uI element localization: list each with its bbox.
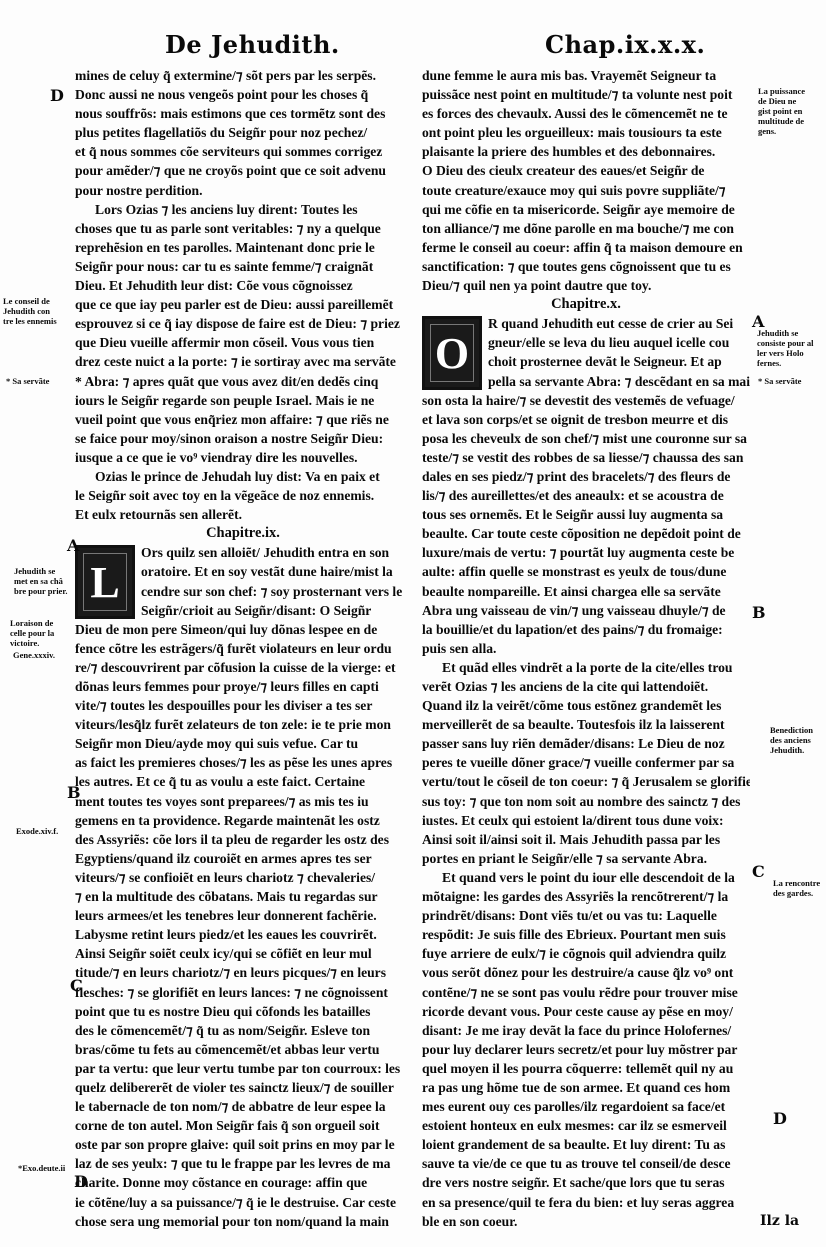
text-line: ra pas ung hõme tue de son armee. Et qua… xyxy=(422,1078,750,1097)
catchword: Ilz la xyxy=(760,1213,799,1229)
text-line: toute creature/exauce moy qui suis povre… xyxy=(422,181,750,200)
text-line: Seigñr mon Dieu/ayde moy qui suis vefue.… xyxy=(75,734,411,753)
text-line: des le cõmencemẽt/⁊ q̃ tu as nom/Seigñr.… xyxy=(75,1021,411,1040)
text-line: gneur/elle se leva du lieu auquel icelle… xyxy=(488,333,750,352)
text-line: mes eurent ouy ces parolles/ilz regardoi… xyxy=(422,1097,750,1116)
text-line: ont point pleu les orgueilleux: mais tou… xyxy=(422,123,750,142)
text-line: sus toy: ⁊ que ton nom soit au nombre de… xyxy=(422,792,750,811)
text-line: flesches: ⁊ se glorifiẽt en leurs lances… xyxy=(75,983,411,1002)
running-header-left: De Jehudith. xyxy=(165,30,340,59)
chapter-heading: Chapitre.x. xyxy=(422,295,750,314)
text-line: plus petites flagellatiõs du Seigñr pour… xyxy=(75,123,411,142)
text-line: dune femme le aura mis bas. Vrayemẽt Sei… xyxy=(422,66,750,85)
text-line: ble en son coeur. xyxy=(422,1212,750,1231)
text-line: par ta vertu: que leur vertu tumbe par t… xyxy=(75,1059,411,1078)
text-line: laz de ses yeulx: ⁊ que tu le frappe par… xyxy=(75,1154,411,1173)
running-header-right: Chap.ix.x.x. xyxy=(545,30,705,59)
margin-note: Exode.xiv.f. xyxy=(16,826,58,836)
text-line: Dieu/⁊ quil nen ya point dautre que toy. xyxy=(422,276,750,295)
text-line: gemens en ta providence. Regarde mainten… xyxy=(75,811,411,830)
section-letter: D xyxy=(50,86,64,105)
text-line: leurs armees/et les tenebres leur donner… xyxy=(75,906,411,925)
margin-note: Gene.xxxiv. xyxy=(13,650,55,660)
text-line: Egyptiens/quand ilz couroiẽt en armes ap… xyxy=(75,849,411,868)
text-line: fence cõtre les estrãgers/q̃ furẽt viola… xyxy=(75,639,411,658)
text-line: viteurs/⁊ se confioiẽt en leurs chariotz… xyxy=(75,868,411,887)
text-line: contẽne/⁊ ne se sont pas voulu rẽdre pou… xyxy=(422,983,750,1002)
text-line: Ors quilz sen alloiẽt/ Jehudith entra en… xyxy=(141,543,411,562)
text-line: es forces des chevaulx. Aussi des le cõm… xyxy=(422,104,750,123)
text-line: Labysme retint leurs piedz/et les eaues … xyxy=(75,925,411,944)
section-letter: B xyxy=(752,603,766,622)
text-line: Donc aussi ne nous vengeõs point pour le… xyxy=(75,85,411,104)
text-line: pour luy declarer leurs secretz/et pour … xyxy=(422,1040,750,1059)
text-line: des Assyriẽs: cõe lors il ta pleu de reg… xyxy=(75,830,411,849)
text-line: mines de celuy q̃ extermine/⁊ sõt pers p… xyxy=(75,66,411,85)
right-text-column: dune femme le aura mis bas. Vrayemẽt Sei… xyxy=(422,66,750,1231)
text-line: iours le Seigñr regarde son peuple Israe… xyxy=(75,391,411,410)
text-line: Ainsi soit il/ainsi soit il. Mais Jehudi… xyxy=(422,830,750,849)
text-line: merveillerẽt de sa beaulte. Toutesfois i… xyxy=(422,715,750,734)
margin-note: Jehudith se met en sa châ bre pour prier… xyxy=(14,566,67,596)
text-line: as faict les premieres choses/⁊ les as p… xyxy=(75,753,411,772)
text-line: les autres. Et ce q̃ tu as voulu a este … xyxy=(75,772,411,791)
text-line: disant: Je me iray devãt la face du prin… xyxy=(422,1021,750,1040)
text-line: puissãce nest point en multitude/⁊ ta vo… xyxy=(422,85,750,104)
text-line: ferme le conseil au coeur: affin q̃ ta m… xyxy=(422,238,750,257)
text-line: et q̃ nous sommes cõe serviteurs qui som… xyxy=(75,142,411,161)
text-line: teste/⁊ se vestit des robbes de sa liess… xyxy=(422,448,750,467)
text-line: peres te vueille dõner grace/⁊ vueille c… xyxy=(422,753,750,772)
text-line: viteurs/lesq̃lz furẽt zelateurs de ton z… xyxy=(75,715,411,734)
text-line: la bouillie/et du lapation/et des pains/… xyxy=(422,620,750,639)
text-line: beaulte. Car toute ceste cõposition ne d… xyxy=(422,524,750,543)
text-line: en sa presence/quil te fera du bien: et … xyxy=(422,1193,750,1212)
text-line: se faice pour moy/sinon oraison a nostre… xyxy=(75,429,411,448)
text-line: que Dieu vueille affermir mon cõseil. Vo… xyxy=(75,333,411,352)
text-line: sauve ta vie/de ce que tu as trouve tel … xyxy=(422,1154,750,1173)
text-line: oste par son propre glaive: quil soit pr… xyxy=(75,1135,411,1154)
text-line: pour nostre perdition. xyxy=(75,181,411,200)
text-line: quelz delibererẽt de violer tes sainctz … xyxy=(75,1078,411,1097)
paragraph-start: Et quãd elles vindrẽt a la porte de la c… xyxy=(422,658,750,677)
text-line: re/⁊ descouvrirent par cõfusion la cuiss… xyxy=(75,658,411,677)
text-line: estoient honteux en eulx mesmes: car ilz… xyxy=(422,1116,750,1135)
text-line: pella sa servante Abra: ⁊ descẽdant en s… xyxy=(488,372,750,391)
chapter-opening: L Ors quilz sen alloiẽt/ Jehudith entra … xyxy=(75,543,411,619)
margin-note: Benediction des anciens Jehudith. xyxy=(770,725,813,755)
text-line: le tabernacle de ton nom/⁊ de abbatre de… xyxy=(75,1097,411,1116)
text-line: Dieu. Et Jehudith leur dist: Cõe vous cõ… xyxy=(75,276,411,295)
text-line: O Dieu des cieulx createur des eaues/et … xyxy=(422,161,750,180)
text-line: son osta la haire/⁊ se devestit des vest… xyxy=(422,391,750,410)
text-line: Dieu de mon pere Simeon/qui luy dõnas le… xyxy=(75,620,411,639)
text-line: esprouvez si ce q̃ iay dispose de faire … xyxy=(75,314,411,333)
text-line: Seigñr/crioit au Seigñr/disant: O Seigñr xyxy=(141,601,411,620)
text-line: prindrẽt/disans: Dont viẽs tu/et ou vas … xyxy=(422,906,750,925)
text-line: dales en ses piedz/⁊ print des bracelets… xyxy=(422,467,750,486)
text-line: point que tu es nostre Dieu qui cõfonds … xyxy=(75,1002,411,1021)
section-letter: D xyxy=(74,1172,88,1191)
text-line: dõnas leurs femmes pour proye/⁊ leurs fi… xyxy=(75,677,411,696)
text-line: vite/⁊ toutes les despouilles pour les d… xyxy=(75,696,411,715)
text-line: dre vers nostre seigñr. Et sache/que lor… xyxy=(422,1173,750,1192)
text-line: ie cõtẽne/luy a sa puissance/⁊ q̃ ie le … xyxy=(75,1193,411,1212)
text-line: Abra ung vaisseau de vin/⁊ ung vaisseau … xyxy=(422,601,750,620)
text-line: ment toutes tes voyes sont preparees/⁊ a… xyxy=(75,792,411,811)
text-line: beaulte nompareille. Et ainsi chargea el… xyxy=(422,582,750,601)
paragraph-start: Lors Ozias ⁊ les anciens luy dirent: Tou… xyxy=(75,200,411,219)
book-page: De Jehudith. Chap.ix.x.x. mines de celuy… xyxy=(0,0,826,1247)
text-line: verẽt Ozias ⁊ les anciens de la cite qui… xyxy=(422,677,750,696)
text-line: Et eulx retournãs sen allerẽt. xyxy=(75,505,411,524)
initial-letter: O xyxy=(435,344,469,363)
paragraph-start: Ozias le prince de Jehudah luy dist: Va … xyxy=(75,467,411,486)
margin-note: La puissance de Dieu ne gist point en mu… xyxy=(758,86,805,136)
text-line: choses que tu as parle sont veritables: … xyxy=(75,219,411,238)
text-line: sanctification: ⁊ que toutes gens cõgnoi… xyxy=(422,257,750,276)
text-line: aulte: affin quelle se monstrast es yeul… xyxy=(422,562,750,581)
text-line: lis/⁊ des aureillettes/et des aneaulx: e… xyxy=(422,486,750,505)
text-line: choit prosternee devãt le Seigneur. Et a… xyxy=(488,352,750,371)
text-line: portes en priant le Seigñr/elle ⁊ sa ser… xyxy=(422,849,750,868)
text-line: ton alliance/⁊ me dõne parolle en ma bou… xyxy=(422,219,750,238)
text-line: tous ses ornemẽs. Et le Seigñr aussi luy… xyxy=(422,505,750,524)
paragraph-start: Et quand vers le point du iour elle desc… xyxy=(422,868,750,887)
text-line: iustes. Et ceulx qui estoient la/dirent … xyxy=(422,811,750,830)
chapter-opening: O R quand Jehudith eut cesse de crier au… xyxy=(422,314,750,390)
text-line: iusque a ce que ie vo⁹ viendray dire les… xyxy=(75,448,411,467)
text-line: mõtaigne: les gardes des Assyriẽs la ren… xyxy=(422,887,750,906)
text-line: titude/⁊ en leurs chariotz/⁊ en leurs pi… xyxy=(75,963,411,982)
text-line: cendre sur son chef: ⁊ soy prosternant v… xyxy=(141,582,411,601)
margin-note: * Sa servãte xyxy=(758,376,801,386)
text-line: qui me cõfie en ta misericorde. Seigñr a… xyxy=(422,200,750,219)
chapter-heading: Chapitre.ix. xyxy=(75,524,411,543)
text-line: ricorde devant vous. Pour ceste cause ay… xyxy=(422,1002,750,1021)
text-line: charite. Donne moy cõstance en courage: … xyxy=(75,1173,411,1192)
text-line: plaisante la priere des humbles et des d… xyxy=(422,142,750,161)
text-line: luxure/mais de vertu: ⁊ pourtãt luy augm… xyxy=(422,543,750,562)
text-line: reprehẽsion en tes parolles. Maintenant … xyxy=(75,238,411,257)
text-line: vertu/tout le cõseil de ton coeur: ⁊ q̃ … xyxy=(422,772,750,791)
margin-note: La rencontre des gardes. xyxy=(773,878,820,898)
decorated-initial-icon: L xyxy=(75,545,135,619)
text-line: pour amẽder/⁊ que ne croyõs point que ce… xyxy=(75,161,411,180)
text-line: fuye arriere de eulx/⁊ ie cõgnois quil a… xyxy=(422,944,750,963)
text-line: drez ceste nuict a la porte: ⁊ ie sortir… xyxy=(75,352,411,371)
text-line: oratoire. Et en soy vestãt dune haire/mi… xyxy=(141,562,411,581)
text-line: passer sans luy riẽn demãder/disans: Le … xyxy=(422,734,750,753)
text-line: et lava son corps/et se oignit de tresbo… xyxy=(422,410,750,429)
decorated-initial-ship-icon: O xyxy=(422,316,482,390)
left-text-column: mines de celuy q̃ extermine/⁊ sõt pers p… xyxy=(75,66,411,1231)
text-line: que ce que iay peu parler est de Dieu: a… xyxy=(75,295,411,314)
margin-note: Jehudith se consiste pour al ler vers Ho… xyxy=(757,328,814,368)
text-line: le Seigñr soit avec toy en la vẽgeãce de… xyxy=(75,486,411,505)
section-letter: D xyxy=(773,1109,787,1128)
text-line: quel moyen il les pourra cõquerre: telle… xyxy=(422,1059,750,1078)
text-line: nous souffrõs: mais estimons que ces tor… xyxy=(75,104,411,123)
section-letter: C xyxy=(752,862,765,881)
text-line: ⁊ en la multitude des cõbatans. Mais tu … xyxy=(75,887,411,906)
text-line: loient grandement de sa beaulte. Et luy … xyxy=(422,1135,750,1154)
text-line: puis sen alla. xyxy=(422,639,750,658)
section-letter: B xyxy=(67,783,81,802)
margin-note: * Sa servãte xyxy=(6,376,49,386)
text-line: posa les cheveulx de son chef/⁊ mist une… xyxy=(422,429,750,448)
text-line: * Abra: ⁊ apres quãt que vous avez dit/e… xyxy=(75,372,411,391)
text-line: vueil point que vous enq̃riez mon affair… xyxy=(75,410,411,429)
section-letter: A xyxy=(752,312,764,331)
text-line: respõdit: Je suis fille des Ebrieux. Pou… xyxy=(422,925,750,944)
text-line: corne de ton autel. Mon Seigñr fais q̃ s… xyxy=(75,1116,411,1135)
margin-note: *Exo.deute.ii xyxy=(18,1163,65,1173)
text-line: vous serõt dõnez pour les destruire/a ca… xyxy=(422,963,750,982)
text-line: R quand Jehudith eut cesse de crier au S… xyxy=(488,314,750,333)
text-line: bras/cõme tu fets au cõmencemẽt/et abbas… xyxy=(75,1040,411,1059)
section-letter: A xyxy=(67,536,79,555)
text-line: Seigñr pour nous: car tu es sainte femme… xyxy=(75,257,411,276)
margin-note: Loraison de celle pour la victoire. xyxy=(10,618,54,648)
section-letter: C xyxy=(70,976,83,995)
margin-note: Le conseil de Jehudith con tre les ennem… xyxy=(3,296,57,326)
initial-letter: L xyxy=(90,573,119,592)
text-line: Quand ilz la veirẽt/cõme tous estõnez gr… xyxy=(422,696,750,715)
text-line: chose sera ung memorial pour ton nom/qua… xyxy=(75,1212,411,1231)
text-line: Ainsi Seigñr soiẽt ceulx icy/qui se cõfi… xyxy=(75,944,411,963)
